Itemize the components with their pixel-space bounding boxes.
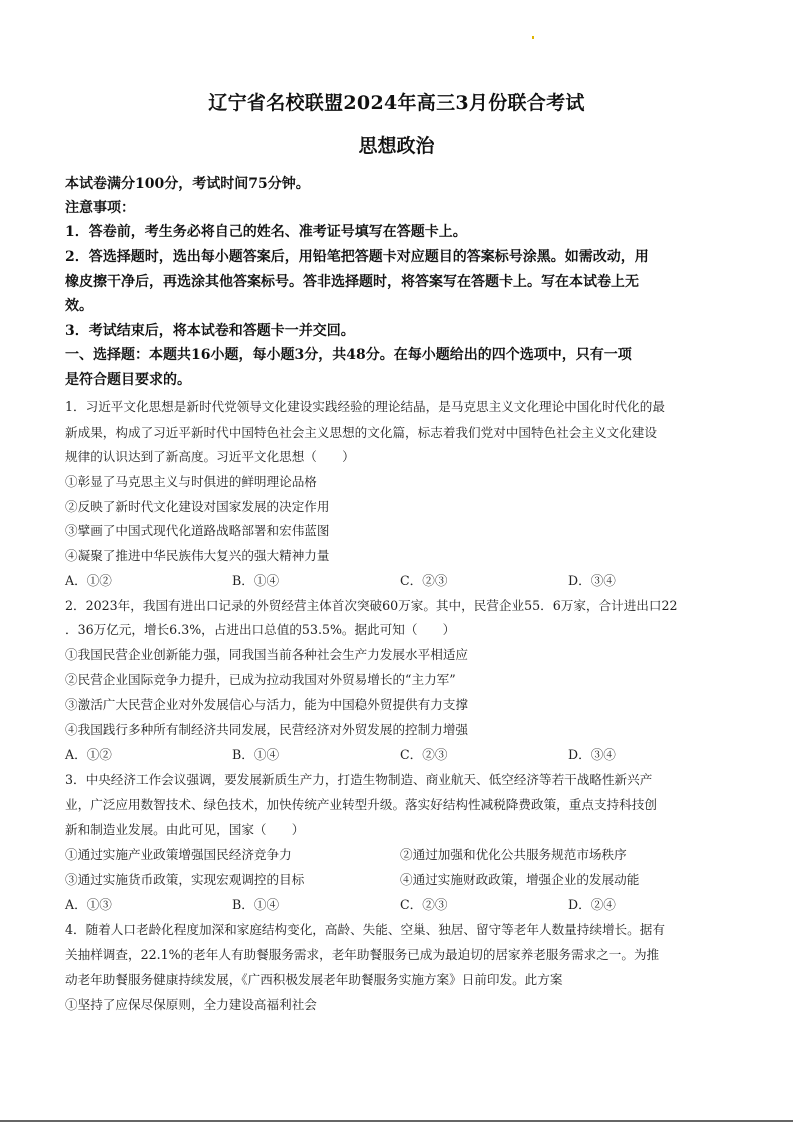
choice-d: D．②④	[568, 896, 616, 914]
question-stem: 3．中央经济工作会议强调，要发展新质生产力，打造生物制造、商业航天、低空经济等若…	[65, 771, 652, 789]
statement: ②民营企业国际竞争力提升，已成为拉动我国对外贸易增长的“主力军”	[65, 671, 456, 689]
scan-mark	[532, 36, 534, 39]
question-stem: 新成果，构成了习近平新时代中国特色社会主义思想的文化篇，标志着我们党对中国特色社…	[65, 424, 657, 442]
statement: ④凝聚了推进中华民族伟大复兴的强大精神力量	[65, 547, 329, 565]
statement: ①我国民营企业创新能力强，同我国当前各种社会生产力发展水平相适应	[65, 646, 468, 664]
question-stem: 动老年助餐服务健康持续发展，《广西积极发展老年助餐服务实施方案》日前印发。此方案	[65, 971, 562, 989]
statement: ④通过实施财政政策，增强企业的发展动能	[400, 871, 639, 889]
choice-a: A．①③	[65, 896, 112, 914]
choice-c: C．②③	[400, 896, 447, 914]
statement: ①坚持了应保尽保原则，全力建设高福利社会	[65, 996, 317, 1014]
notice-item: 3．考试结束后，将本试卷和答题卡一并交回。	[65, 322, 355, 340]
question-stem: 业，广泛应用数智技术、绿色技术，加快传统产业转型升级。落实好结构性减税降费政策，…	[65, 796, 657, 814]
statement: ②反映了新时代文化建设对国家发展的决定作用	[65, 498, 329, 516]
score-time-note: 本试卷满分100分，考试时间75分钟。	[65, 175, 310, 193]
statement: ②通过加强和优化公共服务规范市场秩序	[400, 846, 627, 864]
exam-title: 辽宁省名校联盟2024年高三3月份联合考试	[0, 88, 793, 115]
choice-b: B．①④	[232, 746, 279, 764]
choice-d: D．③④	[568, 572, 616, 590]
choice-b: B．①④	[232, 896, 279, 914]
notice-item: 2．答选择题时，选出每小题答案后，用铅笔把答题卡对应题目的答案标号涂黑。如需改动…	[65, 248, 649, 266]
question-stem: ．36万亿元，增长6.3%，占进出口总值的53.5%。据此可知（ ）	[65, 621, 455, 639]
section-heading: 是符合题目要求的。	[65, 371, 191, 389]
choice-c: C．②③	[400, 572, 447, 590]
statement: ①彰显了马克思主义与时俱进的鲜明理论品格	[65, 473, 317, 491]
question-stem: 新和制造业发展。由此可见，国家（ ）	[65, 821, 304, 839]
notice-label: 注意事项：	[65, 199, 135, 217]
question-stem: 关抽样调查，22.1%的老年人有助餐服务需求，老年助餐服务已成为最迫切的居家养老…	[65, 946, 659, 964]
choice-c: C．②③	[400, 746, 447, 764]
question-stem: 4．随着人口老龄化程度加深和家庭结构变化，高龄、失能、空巢、独居、留守等老年人数…	[65, 921, 665, 939]
choice-b: B．①④	[232, 572, 279, 590]
choice-d: D．③④	[568, 746, 616, 764]
notice-item: 效。	[65, 297, 93, 315]
subject-title: 思想政治	[0, 131, 793, 158]
choice-a: A．①②	[65, 746, 112, 764]
statement: ③擘画了中国式现代化道路战略部署和宏伟蓝图	[65, 522, 329, 540]
notice-item: 1．答卷前，考生务必将自己的姓名、准考证号填写在答题卡上。	[65, 223, 467, 241]
question-stem: 规律的认识达到了新高度。习近平文化思想（ ）	[65, 448, 355, 466]
section-heading: 一、选择题：本题共16小题，每小题3分，共48分。在每小题给出的四个选项中，只有…	[65, 346, 632, 364]
choice-a: A．①②	[65, 572, 112, 590]
question-stem: 2．2023年，我国有进出口记录的外贸经营主体首次突破60万家。其中，民营企业5…	[65, 597, 678, 615]
statement: ③激活广大民营企业对外发展信心与活力，能为中国稳外贸提供有力支撑	[65, 696, 468, 714]
question-stem: 1．习近平文化思想是新时代党领导文化建设实践经验的理论结晶，是马克思主义文化理论…	[65, 398, 665, 416]
statement: ④我国践行多种所有制经济共同发展，民营经济对外贸发展的控制力增强	[65, 721, 468, 739]
notice-item: 橡皮擦干净后，再选涂其他答案标号。答非选择题时，将答案写在答题卡上。写在本试卷上…	[65, 273, 639, 291]
statement: ③通过实施货币政策，实现宏观调控的目标	[65, 871, 304, 889]
statement: ①通过实施产业政策增强国民经济竞争力	[65, 846, 292, 864]
